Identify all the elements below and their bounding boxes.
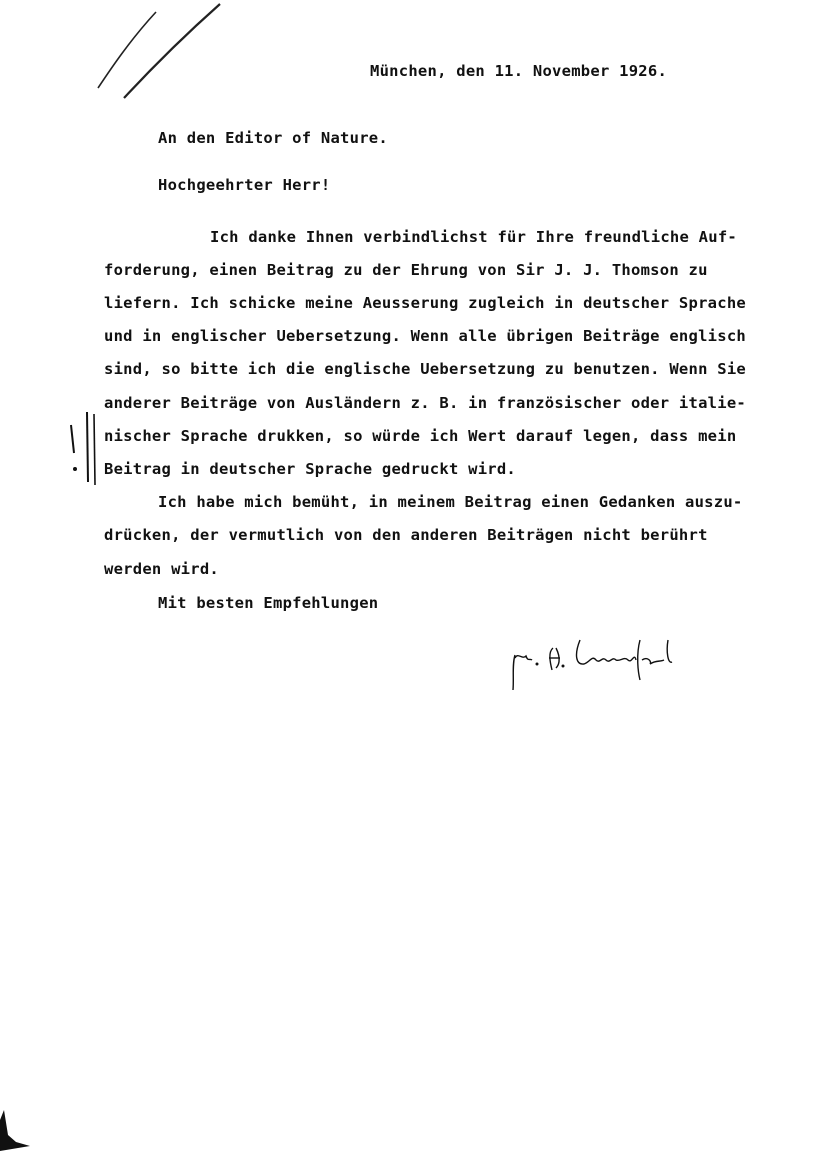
closing: Mit besten Empfehlungen [158,594,378,612]
paragraph-1-line: und in englischer Uebersetzung. Wenn all… [104,327,746,345]
paragraph-1-line: Ich danke Ihnen verbindlichst für Ihre f… [210,228,737,246]
letter-page: München, den 11. November 1926. An den E… [0,0,826,1151]
salutation: Hochgeehrter Herr! [158,176,330,194]
place-date: München, den 11. November 1926. [370,62,667,80]
paragraph-2-line: drücken, der vermutlich von den anderen … [104,526,708,544]
paragraph-1-line: forderung, einen Beitrag zu der Ehrung v… [104,261,708,279]
paragraph-1-line: anderer Beiträge von Ausländern z. B. in… [104,394,746,412]
signature-scrawl [513,640,672,690]
paragraph-1-line: sind, so bitte ich die englische Ueberse… [104,360,746,378]
addressee: An den Editor of Nature. [158,129,388,147]
paragraph-1-line: Beitrag in deutscher Sprache gedruckt wi… [104,460,516,478]
paragraph-2-line: Ich habe mich bemüht, in meinem Beitrag … [158,493,743,511]
paragraph-1-line: liefern. Ich schicke meine Aeusserung zu… [104,294,746,312]
paragraph-1-line: nischer Sprache drukken, so würde ich We… [104,427,736,445]
paragraph-2-line: werden wird. [104,560,219,578]
